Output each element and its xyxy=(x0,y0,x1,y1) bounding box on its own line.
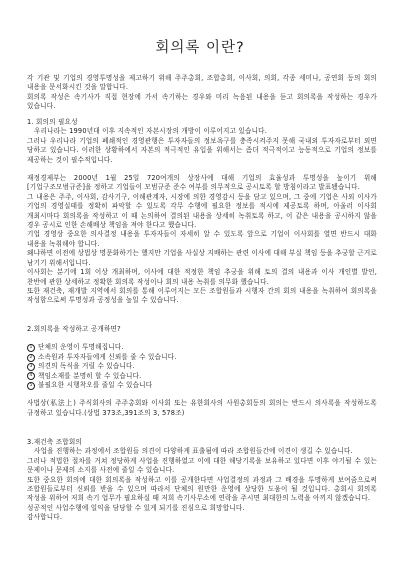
benefit-text: 불필요한 시행착오를 줄일 수 있습니다 xyxy=(38,381,152,390)
section-heading: 3.재건축 조합회의 xyxy=(27,438,377,447)
law-note: 사법상(私法上) 주식회사의 주주총회와 이사회 또는 유한회사의 사원총회등의… xyxy=(27,399,377,418)
section-benefits: 2.회의록을 작성하고 공개하면? 1 단체의 운영이 투명해집니다. 2 소속… xyxy=(27,325,377,418)
page-title: 회의록 이란? xyxy=(0,36,400,57)
section-heading: 1. 회의의 필요성 xyxy=(27,118,377,127)
section-paragraph: 재정경제부는 2000년 1월 25일 720여개의 상장사에 대해 기업의 효… xyxy=(27,174,377,193)
benefit-text: 소속원과 투자자들에게 신뢰를 줄 수 있습니다. xyxy=(38,353,177,362)
section-need: 1. 회의의 필요성 우리나라는 1990년대 이후 지속적인 자본시장의 개방… xyxy=(27,118,377,306)
section-paragraph: 왜냐하면 이전에 상법상 명문화하기는 했지만 기업을 사실상 지배하는 관련 … xyxy=(27,249,377,268)
benefit-text: 단체의 운영이 투명해집니다. xyxy=(38,343,124,352)
document-page: 회의록 이란? 각 기관 및 기업의 경영투명성을 제고하기 위해 주주총회, … xyxy=(0,0,400,565)
benefit-item: 1 단체의 운영이 투명해집니다. xyxy=(27,343,377,352)
benefit-text: 의견의 독식을 거릴 수 있습니다. xyxy=(38,362,135,371)
section-paragraph: 또한 중요한 회의에 대한 회의록을 작성하고 이를 공개한다면 사업결정의 과… xyxy=(27,476,377,504)
benefit-item: 4 책임소재를 분명히 할 수 있습니다. xyxy=(27,372,377,381)
intro-section: 각 기관 및 기업의 경영투명성을 제고하기 위해 주주총회, 조합총회, 이사… xyxy=(27,74,377,112)
benefit-item: 2 소속원과 투자자들에게 신뢰를 줄 수 있습니다. xyxy=(27,353,377,362)
section-paragraph: 또한 재건축, 재개발 지역에서 회의를 통해 이루어지는 모든 조합원들과 시… xyxy=(27,287,377,306)
section-paragraph: 기업 경영상 중요한 의사결정 내용을 투자자들이 자세히 알 수 있도록 앞으… xyxy=(27,230,377,249)
section-paragraph: 이사회는 분기에 1회 이상 개최하며, 이사에 대한 적정한 책임 추궁을 위… xyxy=(27,268,377,287)
intro-paragraph: 각 기관 및 기업의 경영투명성을 제고하기 위해 주주총회, 조합총회, 이사… xyxy=(27,74,377,93)
benefit-item: 5 불필요한 시행착오를 줄일 수 있습니다 xyxy=(27,381,377,390)
circled-number-icon: 1 xyxy=(27,344,35,352)
section-reconstruction: 3.재건축 조합회의 사업을 진행하는 과정에서 조합원들 의견이 다양하게 표… xyxy=(27,438,377,523)
section-paragraph: 성공적인 사업수행에 일익을 담당할 수 있게 되기를 진심으로 희망합니다. xyxy=(27,504,377,513)
section-paragraph: 사업을 진행하는 과정에서 조합원들 의견이 다양하게 표출됨에 따라 조합원들… xyxy=(27,447,377,456)
intro-paragraph: 회의록 작성은 속기사가 직접 현장에 가서 속기하는 경우와 미리 녹음된 내… xyxy=(27,93,377,112)
closing-text: 감사합니다. xyxy=(27,513,377,522)
benefit-text: 책임소재를 분명히 할 수 있습니다. xyxy=(38,372,141,381)
circled-number-icon: 3 xyxy=(27,363,35,371)
section-heading: 2.회의록을 작성하고 공개하면? xyxy=(27,325,377,334)
section-paragraph: 그러나 우리나라 기업의 폐쇄적인 경영관행은 투자자들의 정보욕구를 충족시켜… xyxy=(27,137,377,165)
circled-number-icon: 4 xyxy=(27,372,35,380)
section-paragraph: 그 내용은 주주, 이사회, 감사기구, 이해관계자, 시장에 의한 경영감시 … xyxy=(27,193,377,231)
section-paragraph: 그러나 적법한 절차를 거쳐 정당하게 사업을 진행하였고 이에 대한 해당기록… xyxy=(27,457,377,476)
circled-number-icon: 5 xyxy=(27,382,35,390)
circled-number-icon: 2 xyxy=(27,354,35,362)
section-paragraph: 우리나라는 1990년대 이후 지속적인 자본시장의 개방이 이루어지고 있습니… xyxy=(27,127,377,136)
benefit-item: 3 의견의 독식을 거릴 수 있습니다. xyxy=(27,362,377,371)
